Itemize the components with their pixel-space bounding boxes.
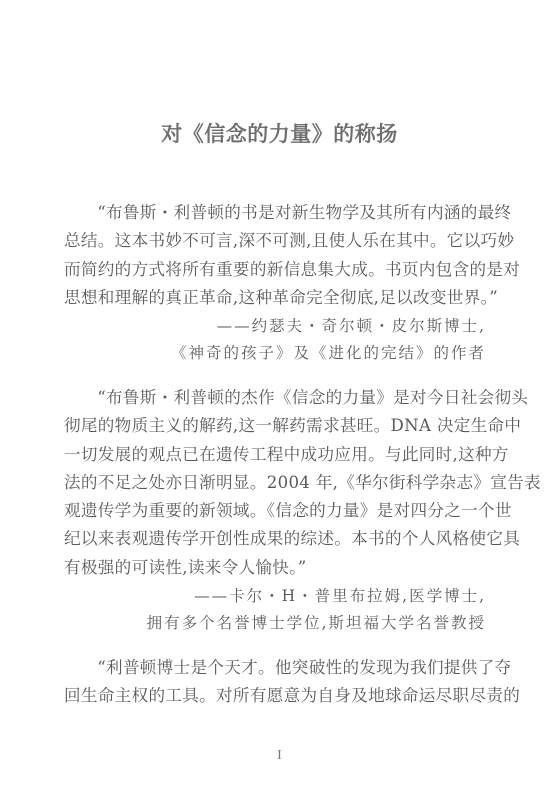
quote-line: 总结。这本书妙不可言,深不可测,且使人乐在其中。它以巧妙 (64, 227, 486, 255)
quote-line: 一切发展的观点已在遗传工程中成功应用。与此同时,这种方 (64, 441, 486, 469)
quote-line: 彻尾的物质主义的解药,这一解药需求甚旺。DNA 决定生命中 (64, 412, 486, 440)
attribution-line: 拥有多个名誉博士学位,斯坦福大学名誉教授 (147, 610, 486, 637)
attribution-line: ——约瑟夫・奇尔顿・皮尔斯博士, (171, 313, 486, 340)
quote-line: 而简约的方式将所有重要的新信息集大成。书页内包含的是对 (64, 256, 486, 284)
quote-line: 回生命主权的工具。对所有愿意为自身及地球命运尽职尽责的 (64, 682, 486, 710)
page-number: I (0, 748, 559, 764)
attribution-2: ——卡尔・H・普里布拉姆,医学博士, 拥有多个名誉博士学位,斯坦福大学名誉教授 (147, 583, 486, 637)
quote-3: “利普顿博士是个天才。他突破性的发现为我们提供了夺 回生命主权的工具。对所有愿意… (64, 654, 486, 711)
quote-line: “利普顿博士是个天才。他突破性的发现为我们提供了夺 (64, 654, 486, 682)
quote-line: 思想和理解的真正革命,这种革命完全彻底,足以改变世界。” (64, 284, 486, 312)
quote-2: “布鲁斯・利普顿的杰作《信念的力量》是对今日社会彻头 彻尾的物质主义的解药,这一… (64, 384, 486, 582)
quote-line: 法的不足之处亦日渐明显。2004 年,《华尔街科学杂志》宣告表 (64, 469, 486, 497)
attribution-line: 《神奇的孩子》及《进化的完结》的作者 (171, 340, 486, 367)
attribution-1: ——约瑟夫・奇尔顿・皮尔斯博士, 《神奇的孩子》及《进化的完结》的作者 (171, 313, 486, 367)
quote-line: “布鲁斯・利普顿的书是对新生物学及其所有内涵的最终 (64, 199, 486, 227)
attribution-line: ——卡尔・H・普里布拉姆,医学博士, (147, 583, 486, 610)
page-title: 对《信念的力量》的称扬 (0, 118, 559, 148)
quote-line: “布鲁斯・利普顿的杰作《信念的力量》是对今日社会彻头 (64, 384, 486, 412)
book-page: 对《信念的力量》的称扬 “布鲁斯・利普顿的书是对新生物学及其所有内涵的最终 总结… (0, 0, 559, 794)
quote-1: “布鲁斯・利普顿的书是对新生物学及其所有内涵的最终 总结。这本书妙不可言,深不可… (64, 199, 486, 312)
quote-line: 观遗传学为重要的新领域。《信念的力量》是对四分之一个世 (64, 497, 486, 525)
quote-line: 纪以来表观遗传学开创性成果的综述。本书的个人风格使它具 (64, 525, 486, 553)
quote-line: 有极强的可读性,读来令人愉快。” (64, 554, 486, 582)
